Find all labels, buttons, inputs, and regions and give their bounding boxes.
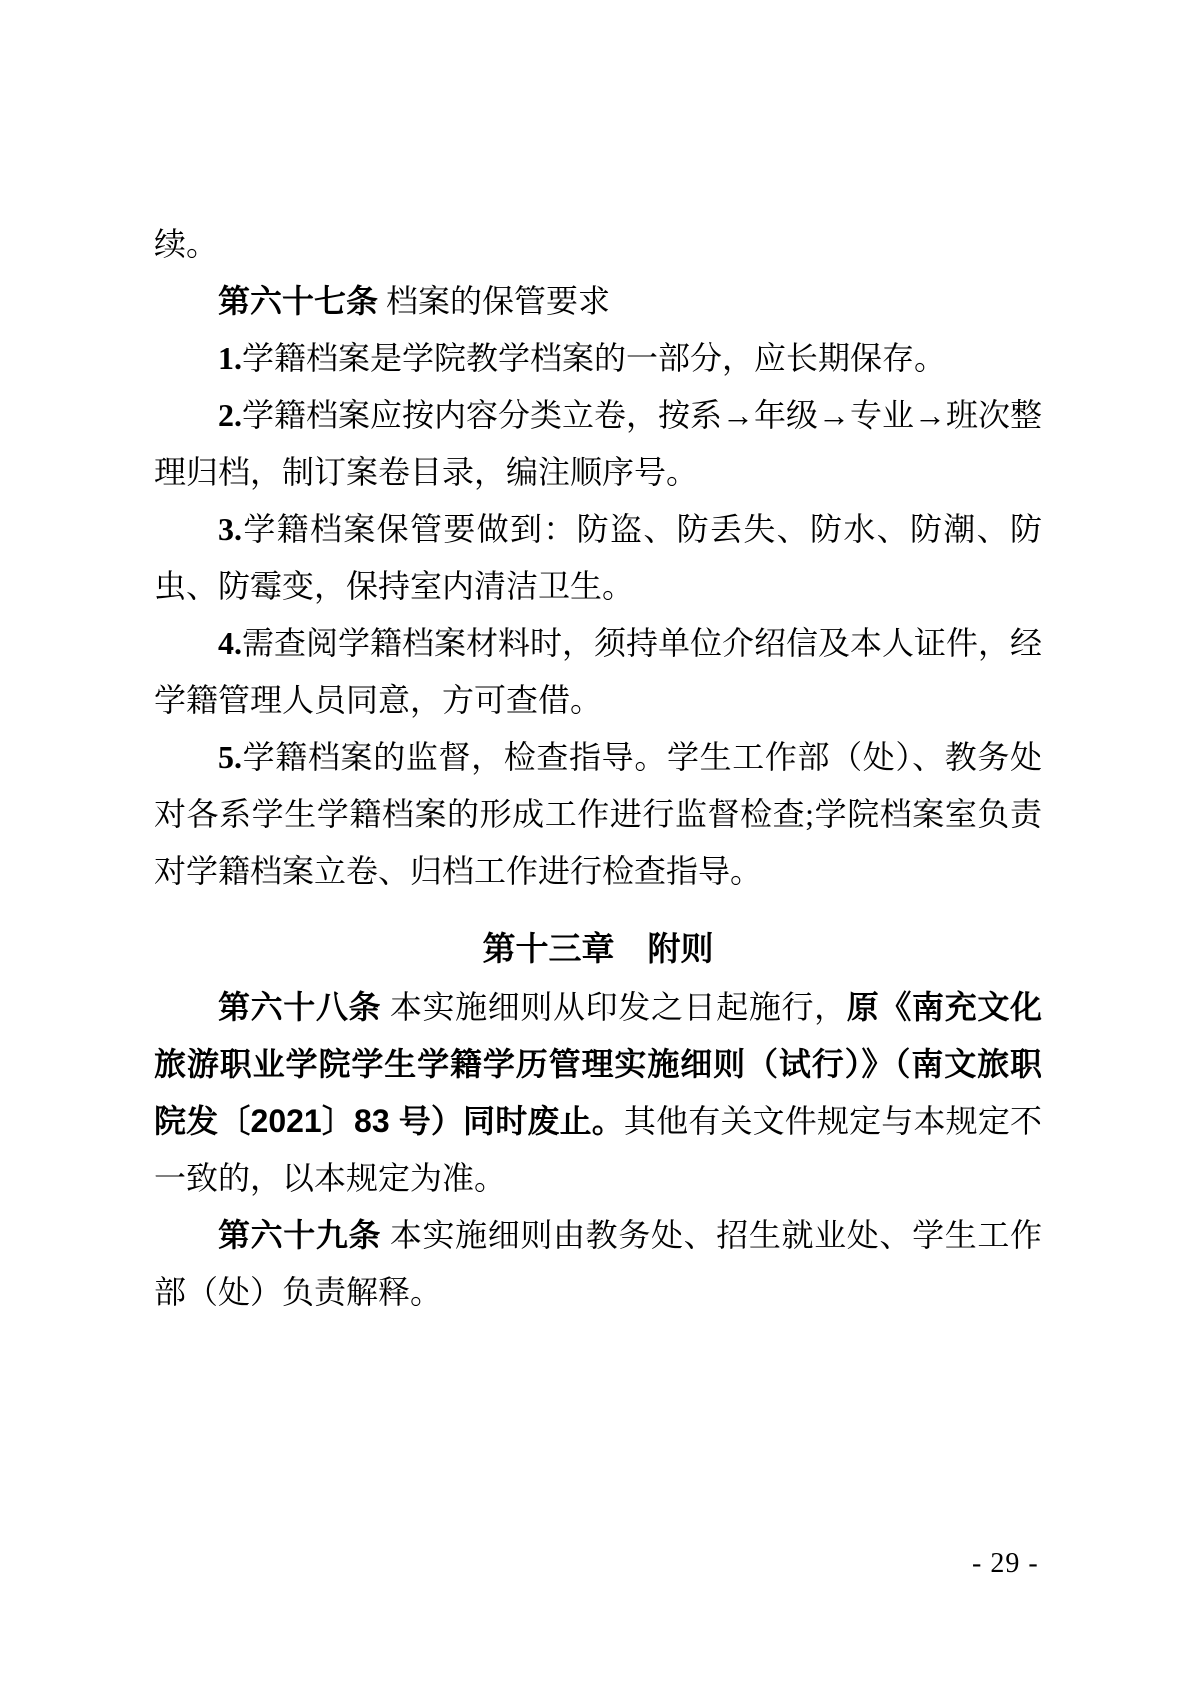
document-page: 续。 第六十七条 档案的保管要求 1.学籍档案是学院教学档案的一部分，应长期保存… xyxy=(0,0,1191,1684)
list-number: 4. xyxy=(218,625,242,661)
chapter-heading: 第十三章 附则 xyxy=(154,920,1042,979)
list-item-5: 5.学籍档案的监督，检查指导。学生工作部（处）、教务处对各系学生学籍档案的形成工… xyxy=(154,729,1042,900)
chapter-title: 第十三章 附则 xyxy=(483,930,714,967)
paragraph-continuation: 续。 xyxy=(154,216,1042,273)
document-body: 续。 第六十七条 档案的保管要求 1.学籍档案是学院教学档案的一部分，应长期保存… xyxy=(154,216,1042,1321)
list-item-1: 1.学籍档案是学院教学档案的一部分，应长期保存。 xyxy=(154,330,1042,387)
article-number: 第六十八条 xyxy=(218,989,381,1025)
text-run: 学籍档案是学院教学档案的一部分，应长期保存。 xyxy=(242,340,946,376)
list-number: 1. xyxy=(218,340,242,376)
list-number: 5. xyxy=(218,739,242,775)
paragraph-article-68: 第六十八条 本实施细则从印发之日起施行，原《南充文化旅游职业学院学生学籍学历管理… xyxy=(154,979,1042,1207)
list-number: 2. xyxy=(218,397,242,433)
list-item-3: 3.学籍档案保管要做到：防盗、防丢失、防水、防潮、防虫、防霉变，保持室内清洁卫生… xyxy=(154,501,1042,615)
list-number: 3. xyxy=(218,511,242,547)
paragraph-article-69: 第六十九条 本实施细则由教务处、招生就业处、学生工作部（处）负责解释。 xyxy=(154,1207,1042,1321)
article-number: 第六十七条 xyxy=(218,283,378,319)
page-number: - 29 - xyxy=(972,1549,1039,1579)
list-item-4: 4.需查阅学籍档案材料时，须持单位介绍信及本人证件，经学籍管理人员同意，方可查借… xyxy=(154,615,1042,729)
list-item-2: 2.学籍档案应按内容分类立卷，按系→年级→专业→班次整理归档，制订案卷目录，编注… xyxy=(154,387,1042,501)
text-run: 学籍档案保管要做到：防盗、防丢失、防水、防潮、防虫、防霉变，保持室内清洁卫生。 xyxy=(154,511,1042,604)
text-run: 续。 xyxy=(154,226,218,262)
text-run: 学籍档案应按内容分类立卷，按系→年级→专业→班次整理归档，制订案卷目录，编注顺序… xyxy=(154,397,1042,490)
text-run: 档案的保管要求 xyxy=(378,283,610,319)
text-run: 学籍档案的监督，检查指导。学生工作部（处）、教务处对各系学生学籍档案的形成工作进… xyxy=(154,739,1042,889)
text-run: 需查阅学籍档案材料时，须持单位介绍信及本人证件，经学籍管理人员同意，方可查借。 xyxy=(154,625,1042,718)
text-run: 本实施细则从印发之日起施行， xyxy=(381,989,847,1025)
paragraph-article-67: 第六十七条 档案的保管要求 xyxy=(154,273,1042,330)
article-number: 第六十九条 xyxy=(218,1217,381,1253)
